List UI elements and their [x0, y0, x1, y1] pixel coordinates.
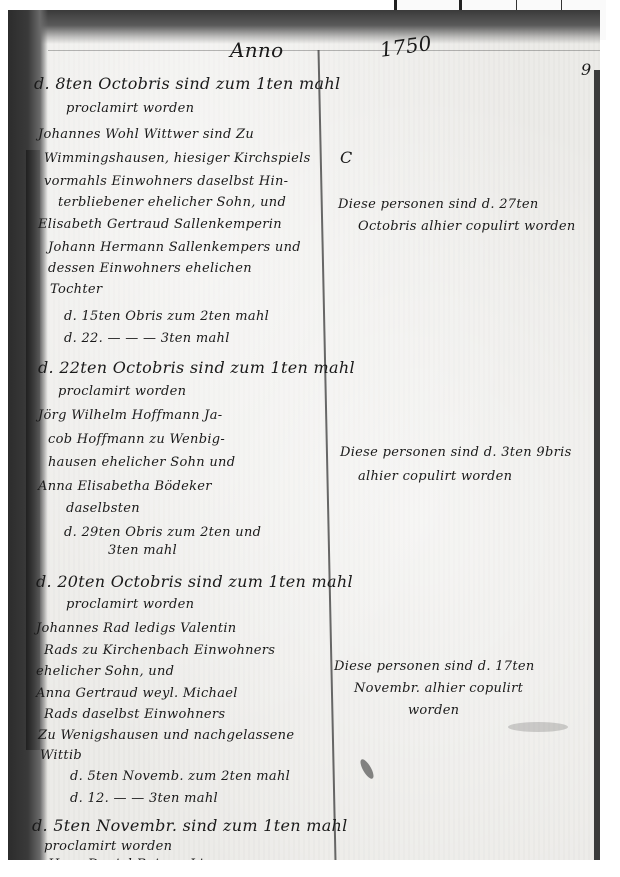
copulation-note-2-line-1: Diese personen sind d. 3ten 9bris — [340, 446, 572, 459]
register-page: Anno 1750 9 d. 8ten Octobris sind zum 1t… — [8, 10, 600, 860]
entry-1-line: dessen Einwohners ehelichen — [48, 262, 252, 275]
entry-1-line: vormahls Einwohners daselbst Hin- — [44, 175, 288, 188]
anno-heading: Anno — [230, 40, 283, 60]
entry-2-heading-2: proclamirt worden — [58, 385, 186, 398]
entry-4-line: Hans Daniel Rein ... Lieu — [48, 858, 220, 860]
entry-3-heading: d. 20ten Octobris sind zum 1ten mahl — [36, 574, 353, 590]
copulation-note-3-line-1: Diese personen sind d. 17ten — [334, 660, 535, 673]
copulation-note-3-line-3: worden — [408, 704, 459, 717]
entry-1-line: Elisabeth Gertraud Sallenkemperin — [38, 218, 282, 231]
entry-1-line: Johann Hermann Sallenkempers und — [48, 241, 301, 254]
binding-shadow-inner — [26, 150, 40, 750]
entry-1-line: Tochter — [50, 283, 102, 296]
entry-3-line: Wittib — [40, 749, 82, 762]
entry-2-line: Jörg Wilhelm Hoffmann Ja- — [38, 409, 222, 422]
entry-1-second-proclamation: d. 15ten Obris zum 2ten mahl — [64, 310, 269, 323]
copulation-note-1-line-2: Octobris alhier copulirt worden — [358, 220, 576, 233]
entry-3-third-proclamation: d. 12. — — 3ten mahl — [70, 792, 218, 805]
entry-3-line: Rads zu Kirchenbach Einwohners — [44, 644, 275, 657]
entry-1-line: Johannes Wohl Wittwer sind Zu — [38, 128, 254, 141]
page-edge-right — [594, 70, 600, 860]
year-fragment: 1750 — [379, 33, 433, 60]
folio-mark: 9 — [581, 62, 591, 78]
copulation-note-2-line-2: alhier copulirt worden — [358, 470, 512, 483]
entry-2-line: cob Hoffmann zu Wenbig- — [48, 433, 225, 446]
entry-2-second-proclamation: d. 29ten Obris zum 2ten und — [64, 526, 261, 539]
entry-2-third-proclamation: 3ten mahl — [108, 544, 177, 557]
entry-2-line: daselbsten — [66, 502, 140, 515]
entry-1-heading-2: proclamirt worden — [66, 102, 194, 115]
entry-3-second-proclamation: d. 5ten Novemb. zum 2ten mahl — [70, 770, 290, 783]
entry-1-line: Wimmingshausen, hiesiger Kirchspiels — [44, 152, 311, 165]
entry-2-line: Anna Elisabetha Bödeker — [38, 480, 212, 493]
ink-blot — [358, 757, 376, 780]
entry-4-heading: d. 5ten Novembr. sind zum 1ten mahl — [32, 818, 348, 834]
copulation-note-1-line-1: Diese personen sind d. 27ten — [338, 198, 539, 211]
ruled-line — [48, 50, 600, 51]
column-divider — [318, 50, 337, 860]
entry-3-line: Johannes Rad ledigs Valentin — [36, 622, 236, 635]
copulation-note-3-line-2: Novembr. alhier copulirt — [354, 682, 523, 695]
entry-3-line: Anna Gertraud weyl. Michael — [36, 687, 238, 700]
entry-2-heading: d. 22ten Octobris sind zum 1ten mahl — [38, 360, 355, 376]
entry-3-heading-2: proclamirt worden — [66, 598, 194, 611]
entry-3-line: Zu Wenigshausen und nachgelassene — [38, 729, 294, 742]
entry-1-line: terbliebener ehelicher Sohn, und — [58, 196, 286, 209]
entry-3-line: Rads daselbst Einwohners — [44, 708, 225, 721]
entry-3-line: ehelicher Sohn, und — [36, 665, 174, 678]
entry-2-line: hausen ehelicher Sohn und — [48, 456, 235, 469]
scan-shadow-top — [8, 10, 600, 44]
entry-1-heading: d. 8ten Octobris sind zum 1ten mahl — [34, 76, 340, 92]
copulation-mark: C — [340, 150, 353, 166]
entry-1-third-proclamation: d. 22. — — — 3ten mahl — [64, 332, 230, 345]
stain — [508, 722, 568, 732]
entry-4-heading-2: proclamirt worden — [44, 840, 172, 853]
